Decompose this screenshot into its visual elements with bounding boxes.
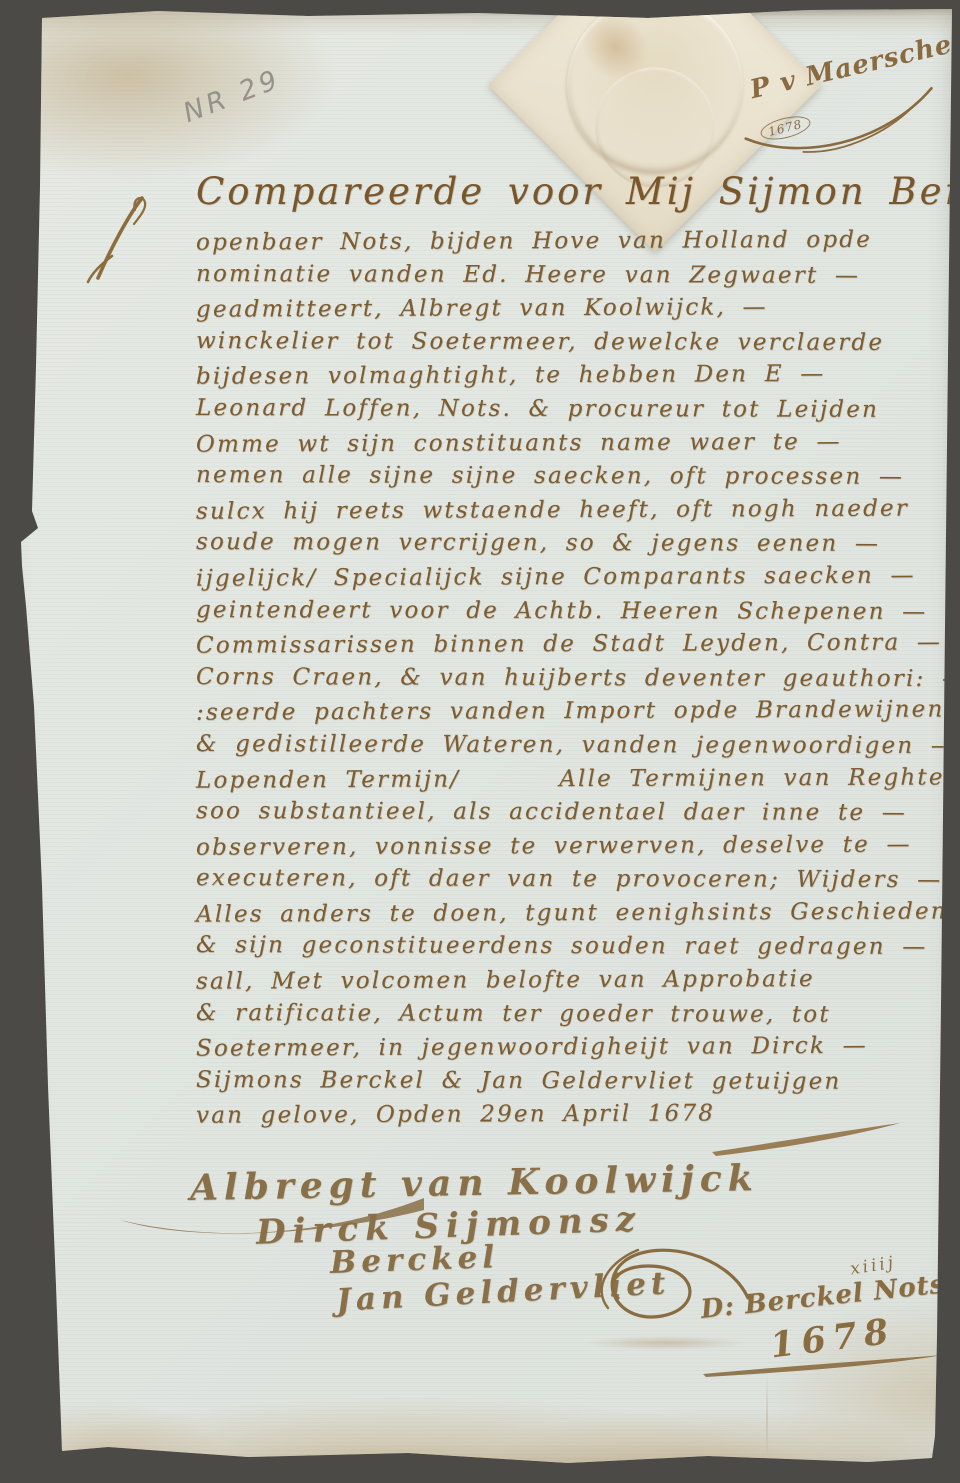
- margin-pen-mark: [82, 190, 160, 292]
- deed-text: Compareerde voor Mij Sijmon Berckell ope…: [196, 170, 956, 1132]
- notary-signature-flourish: [578, 1236, 753, 1340]
- deed-line: nemen alle sijne sijne saecken, oft proc…: [196, 459, 956, 495]
- paper-crease: [766, 1374, 768, 1460]
- deed-line: & gedistilleerde Wateren, vanden jegenwo…: [196, 728, 956, 764]
- deed-line: Lopenden Termijn/ Alle Termijnen van Reg…: [196, 761, 956, 798]
- deed-line: openbaer Nots, bijden Hove van Holland o…: [196, 223, 956, 260]
- deed-line: nominatie vanden Ed. Heere van Zegwaert …: [196, 258, 956, 294]
- deed-line: & sijn geconstitueerdens souden raet ged…: [196, 929, 956, 965]
- deed-line: winckelier tot Soetermeer, dewelcke verc…: [196, 325, 956, 361]
- signature-comparant: Albregt van Koolwijck: [190, 1157, 759, 1209]
- pencil-archival-number: NR 29: [179, 50, 321, 129]
- date-line-swash: [706, 1118, 906, 1162]
- deed-line: Commissarissen binnen de Stadt Leyden, C…: [196, 626, 956, 663]
- manuscript-page: NR 29 P v Maersche 1678 Compareerde voor…: [8, 6, 953, 1468]
- deed-line: Corns Craen, & van huijberts deventer ge…: [196, 661, 956, 697]
- deed-line: Soetermeer, in jegenwoordigheijt van Dir…: [196, 1030, 956, 1067]
- deed-line: sall, Met volcomen belofte van Approbati…: [196, 962, 956, 999]
- deed-line: bijdesen volmaghtight, te hebben Den E —: [196, 358, 956, 395]
- deed-line: & ratificatie, Actum ter goeder trouwe, …: [196, 997, 956, 1033]
- deed-opening-line: Compareerde voor Mij Sijmon Berckell: [196, 170, 956, 213]
- deed-line: sulcx hij reets wtstaende heeft, oft nog…: [196, 492, 956, 529]
- notary-year-underline: [698, 1350, 948, 1384]
- deed-line: geadmitteert, Albregt van Koolwijck, —: [196, 291, 956, 328]
- deed-line: Leonard Loffen, Nots. & procureur tot Le…: [196, 392, 956, 428]
- deed-line: soo substantieel, als accidentael daer i…: [196, 795, 956, 831]
- deed-line: Omme wt sijn constituants name waer te —: [196, 425, 956, 462]
- deed-line: executeren, oft daer van te provoceren; …: [196, 862, 956, 898]
- scanned-document: NR 29 P v Maersche 1678 Compareerde voor…: [0, 0, 960, 1483]
- ink-smudge: [585, 1336, 745, 1350]
- deed-line: soude mogen vercrijgen, so & jegens eene…: [196, 526, 956, 562]
- deed-line: observeren, vonnisse te verwerven, desel…: [196, 828, 956, 865]
- deed-line: Alles anders te doen, tgunt eenighsints …: [196, 895, 956, 932]
- deed-line: ijgelijck/ Specialijck sijne Comparants …: [196, 559, 956, 596]
- deed-line: Sijmons Berckel & Jan Geldervliet getuij…: [196, 1064, 956, 1100]
- deed-line: geintendeert voor de Achtb. Heeren Schep…: [196, 594, 956, 630]
- deed-line: :seerde pachters vanden Import opde Bran…: [196, 694, 956, 731]
